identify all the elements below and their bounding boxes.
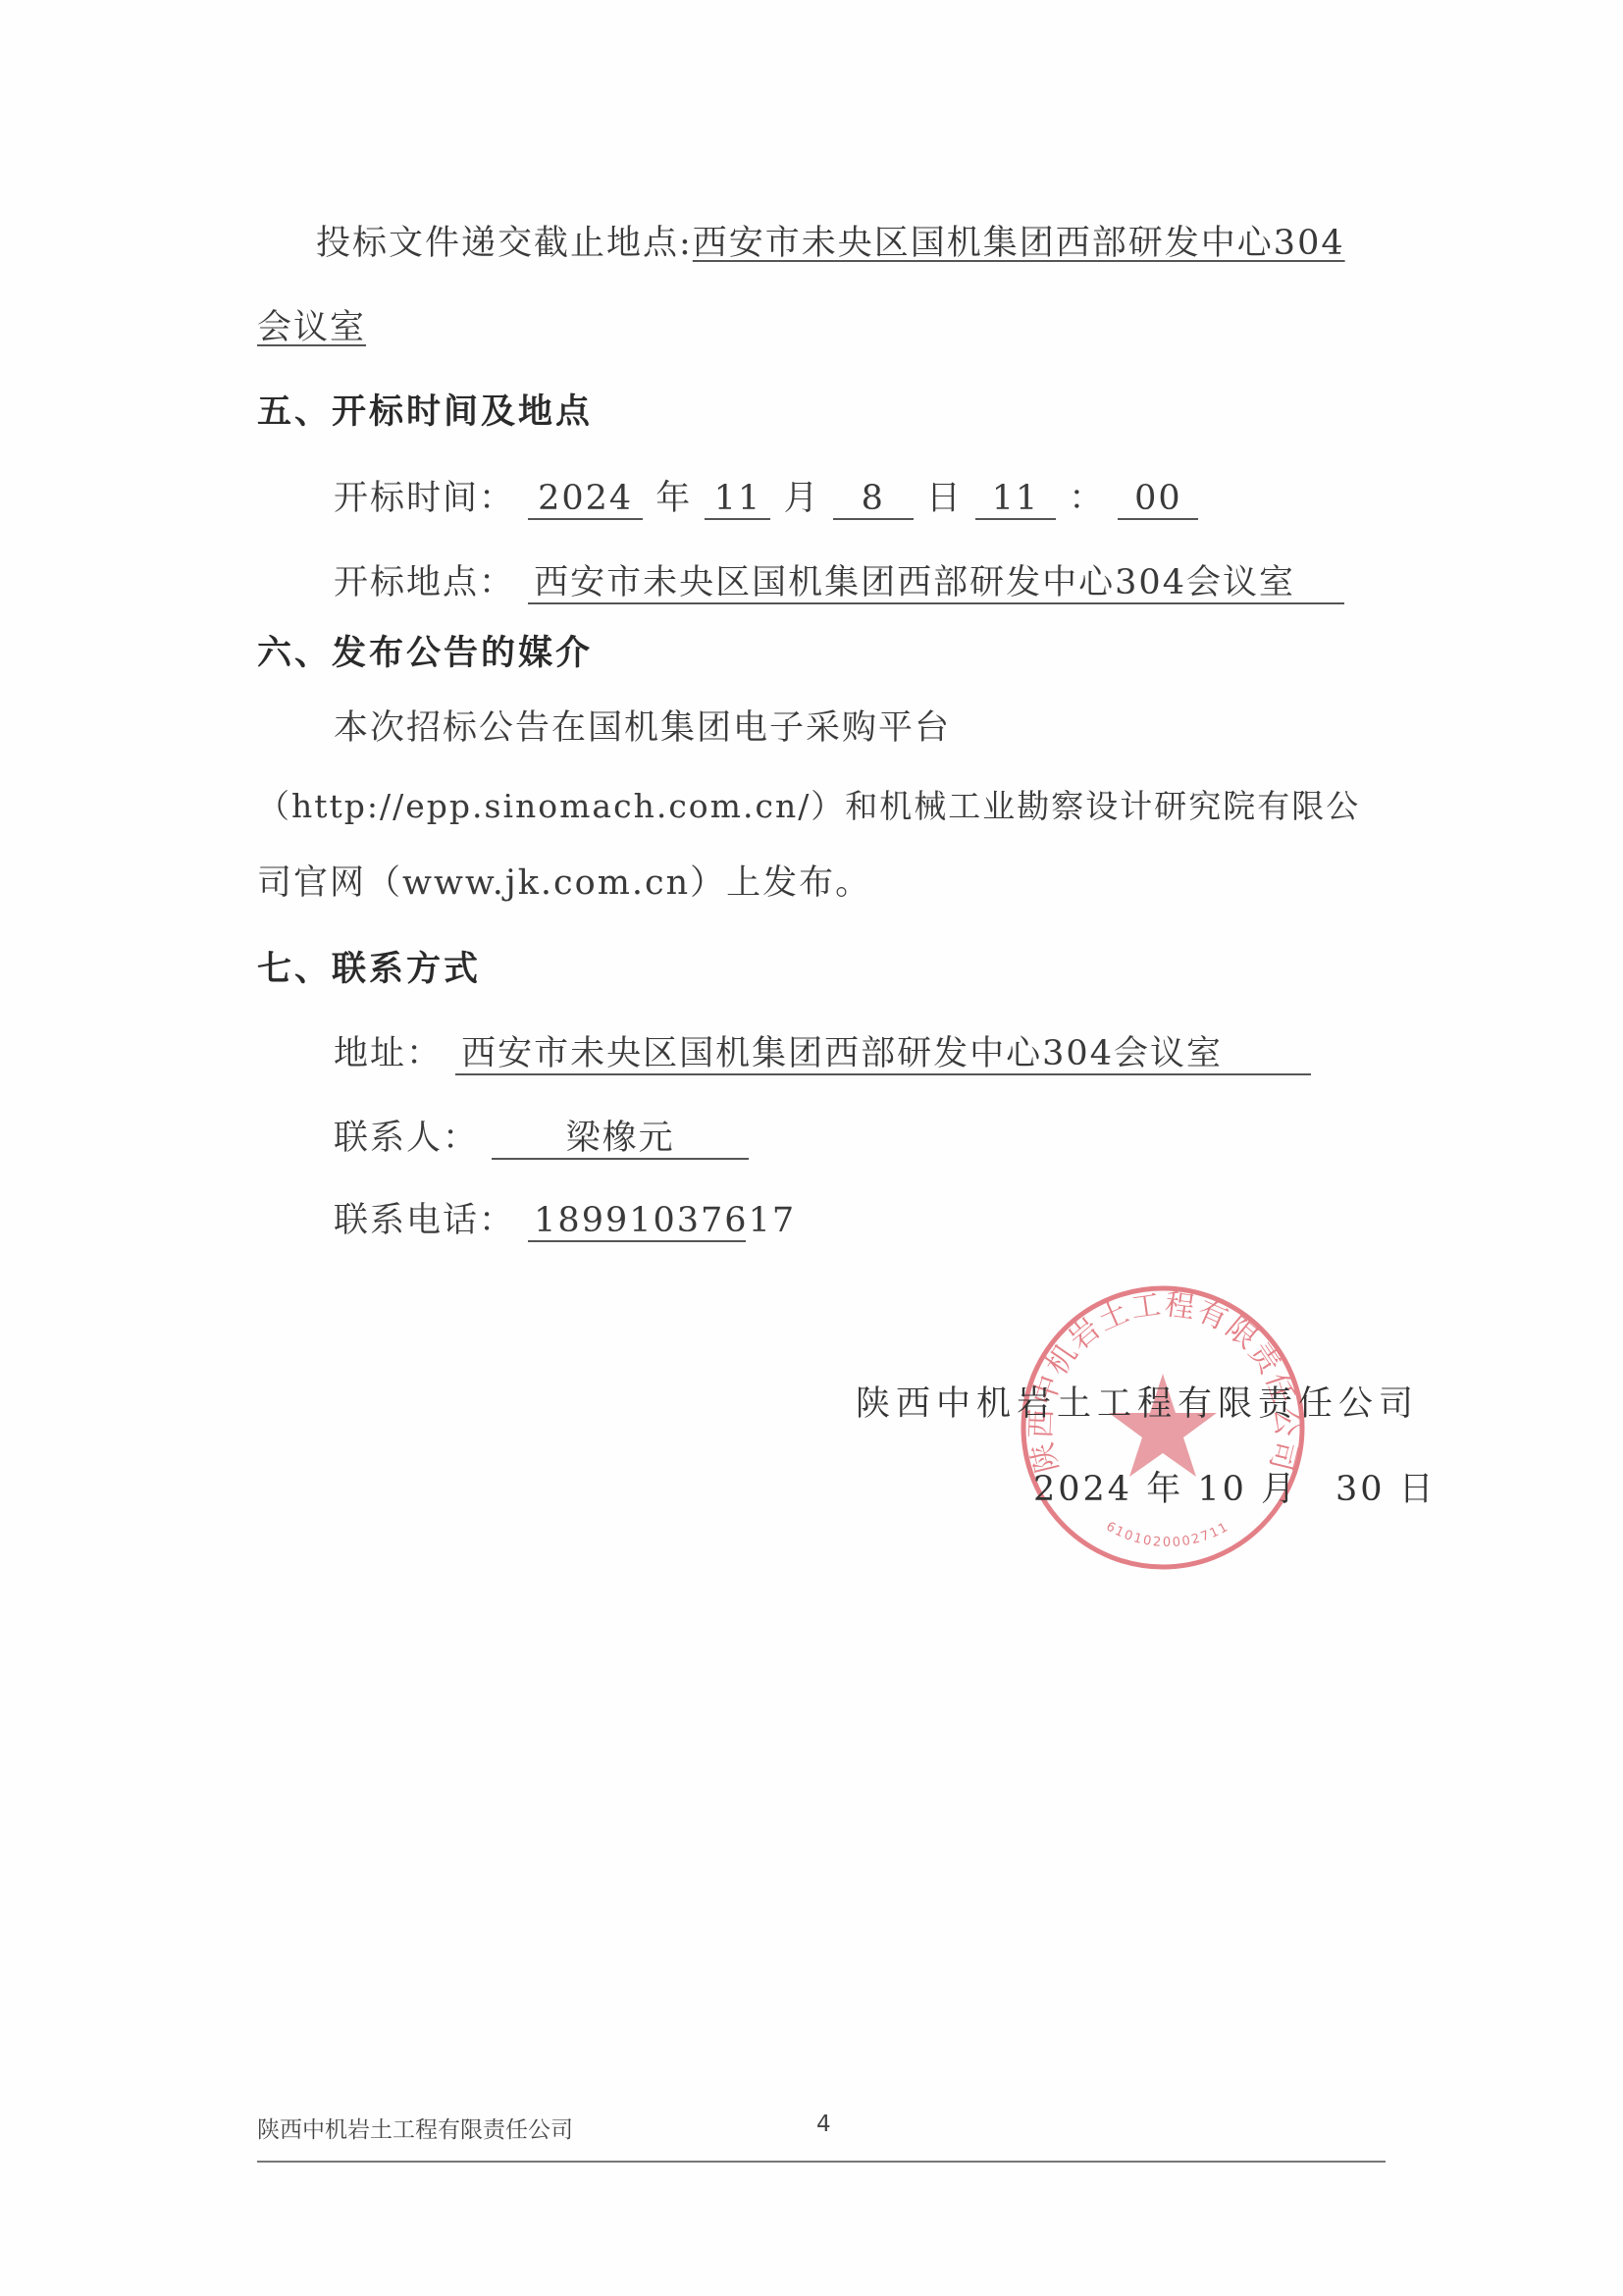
media-line-2: （http://epp.sinomach.com.cn/）和机械工业勘察设计研究… [257,785,1360,828]
svg-text:6101020002711: 6101020002711 [1103,1519,1231,1550]
contact-line: 联系人： 梁橡元 [334,1117,749,1160]
signature-date: 2024 年 10 月 30 日 [1033,1462,1437,1511]
contact-value: 梁橡元 [492,1119,749,1160]
signature-company: 陕西中机岩土工程有限责任公司 [856,1377,1419,1426]
opening-time-label: 开标时间： [334,479,515,518]
opening-hour: 11 [975,479,1056,520]
opening-place-line: 开标地点： 西安市未央区国机集团西部研发中心304会议室 [334,561,1344,604]
section-5-heading: 五、开标时间及地点 [257,391,593,434]
address-label: 地址： [334,1034,443,1073]
document-page: 投标文件递交截止地点:西安市未央区国机集团西部研发中心304 会议室 五、开标时… [0,0,1623,2296]
time-colon: ： [1069,479,1105,518]
page-footer: 陕西中机岩土工程有限责任公司 4 [257,2110,1386,2163]
opening-time-line: 开标时间： 2024 年 11 月 8 日 11 ： 00 [334,477,1198,520]
deadline-location-value-cont: 会议室 [257,308,366,347]
opening-minute: 00 [1118,479,1198,520]
opening-year: 2024 [528,479,643,520]
phone-label: 联系电话： [334,1201,515,1240]
media-line-1: 本次招标公告在国机集团电子采购平台 [334,706,951,750]
page-number: 4 [816,2112,831,2137]
media-line-3: 司官网（www.jk.com.cn）上发布。 [257,861,871,905]
year-unit: 年 [655,479,692,518]
phone-value: 18991037617 [528,1201,746,1242]
address-line: 地址： 西安市未央区国机集团西部研发中心304会议室 [334,1032,1311,1075]
deadline-location-value: 西安市未央区国机集团西部研发中心304 [693,224,1345,263]
contact-label: 联系人： [334,1119,479,1158]
section-7-heading: 七、联系方式 [257,948,481,991]
opening-place-value: 西安市未央区国机集团西部研发中心304会议室 [528,563,1344,604]
address-value: 西安市未央区国机集团西部研发中心304会议室 [455,1034,1311,1075]
opening-day: 8 [833,479,914,520]
opening-place-label: 开标地点： [334,563,515,602]
month-unit: 月 [784,479,820,518]
deadline-location-line: 投标文件递交截止地点:西安市未央区国机集团西部研发中心304 [316,222,1345,265]
day-unit: 日 [926,479,963,518]
opening-month: 11 [705,479,770,520]
company-seal-icon: 陕西中机岩土工程有限责任公司 6101020002711 [1016,1280,1310,1575]
deadline-location-label: 投标文件递交截止地点: [316,224,693,263]
section-6-heading: 六、发布公告的媒介 [257,632,593,675]
deadline-location-line-2: 会议室 [257,306,366,349]
phone-line: 联系电话： 18991037617 [334,1199,746,1242]
footer-company: 陕西中机岩土工程有限责任公司 [257,2112,573,2144]
